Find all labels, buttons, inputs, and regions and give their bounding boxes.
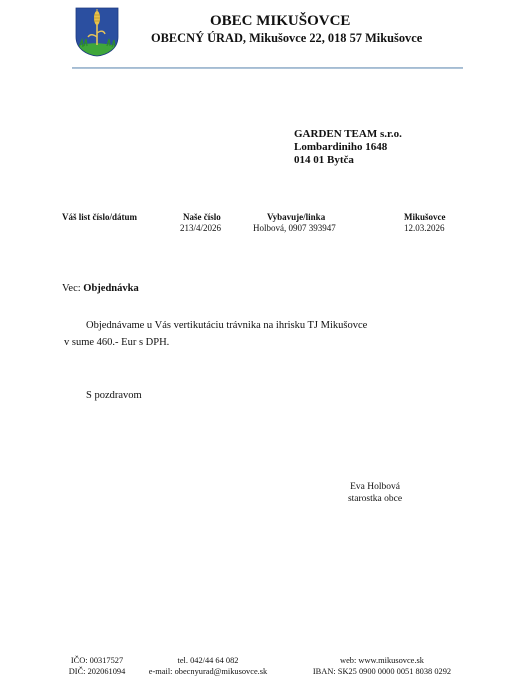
- place-label: Mikušovce: [404, 212, 446, 222]
- recipient-street: Lombardiniho 1648: [294, 141, 402, 154]
- recipient-company: GARDEN TEAM s.r.o.: [294, 128, 402, 141]
- our-ref-value: 213/4/2026: [180, 223, 221, 233]
- footer-ico: IČO: 00317527: [62, 656, 132, 667]
- body-line-2: v sume 460.- Eur s DPH.: [64, 337, 169, 348]
- subject-prefix: Vec:: [62, 283, 81, 294]
- office-address: OBECNÝ ÚRAD, Mikušovce 22, 018 57 Mikušo…: [151, 31, 422, 46]
- recipient-city: 014 01 Bytča: [294, 154, 402, 167]
- signer-name: Eva Holbová: [340, 481, 410, 493]
- footer-ids: IČO: 00317527 DIČ: 202061094: [62, 656, 132, 677]
- our-ref-label: Naše číslo: [183, 212, 221, 222]
- footer-bank: web: www.mikusovce.sk IBAN: SK25 0900 00…: [308, 656, 456, 677]
- footer-tel: tel. 042/44 64 082: [145, 656, 271, 667]
- your-ref-label: Váš list číslo/dátum: [62, 212, 137, 222]
- subject-text: Objednávka: [83, 283, 138, 294]
- footer-dic: DIČ: 202061094: [62, 667, 132, 678]
- footer-contact: tel. 042/44 64 082 e-mail: obecnyurad@mi…: [145, 656, 271, 677]
- footer-email[interactable]: e-mail: obecnyurad@mikusovce.sk: [145, 667, 271, 678]
- municipal-coat-of-arms-wheat-icon: [75, 7, 119, 57]
- municipality-title: OBEC MIKUŠOVCE: [210, 13, 350, 30]
- signature-block: Eva Holbová starostka obce: [340, 481, 410, 505]
- handled-by-value: Holbová, 0907 393947: [253, 223, 336, 233]
- greeting: S pozdravom: [86, 390, 142, 401]
- subject-line: Vec: Objednávka: [62, 283, 139, 294]
- handled-by-label: Vybavuje/linka: [267, 212, 325, 222]
- date-value: 12.03.2026: [404, 223, 445, 233]
- recipient-address: GARDEN TEAM s.r.o. Lombardiniho 1648 014…: [294, 128, 402, 167]
- header-divider: [72, 67, 463, 69]
- footer-web[interactable]: web: www.mikusovce.sk: [308, 656, 456, 667]
- signer-role: starostka obce: [340, 493, 410, 505]
- body-line-1: Objednávame u Vás vertikutáciu trávnika …: [86, 320, 367, 331]
- footer-iban: IBAN: SK25 0900 0000 0051 8038 0292: [308, 667, 456, 678]
